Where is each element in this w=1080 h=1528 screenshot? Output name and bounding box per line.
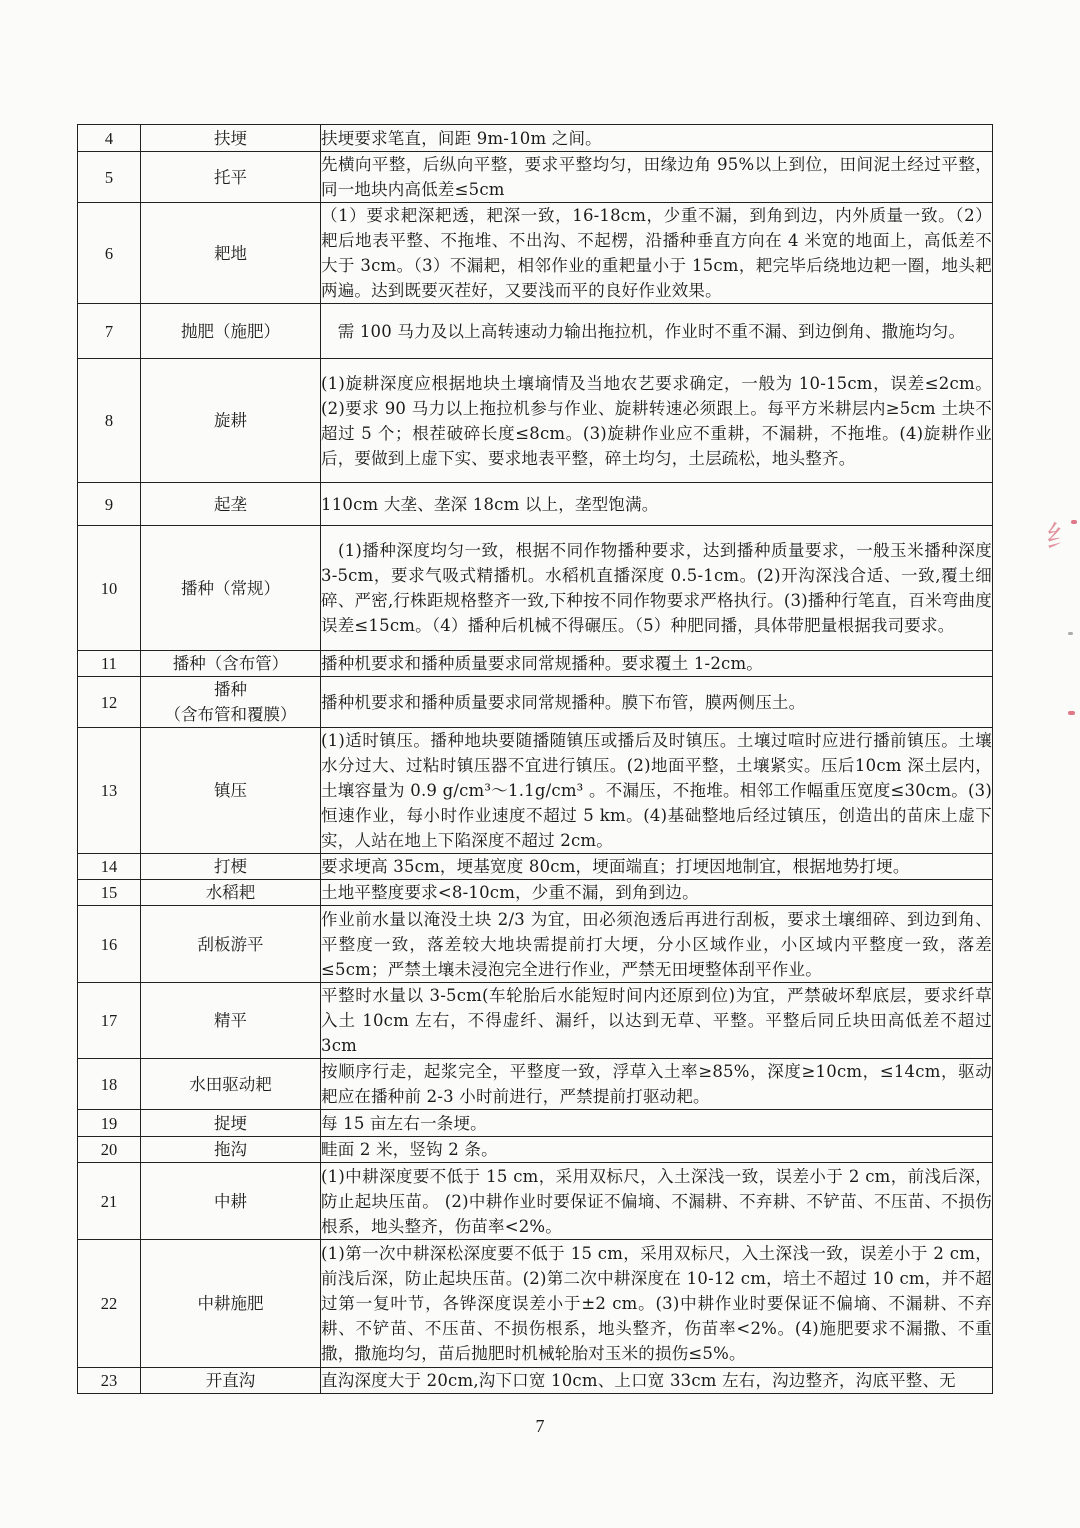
operation-requirements: (1)旋耕深度应根据地块土壤墒情及当地农艺要求确定，一般为 10-15cm，误差… [321, 359, 993, 483]
operation-name-line: 抛肥（施肥） [141, 319, 320, 344]
row-number: 12 [78, 677, 141, 728]
operation-name: 旋耕 [141, 359, 321, 483]
operation-name-line: 播种（常规） [141, 576, 320, 601]
operation-requirements: (1)第一次中耕深松深度要不低于 15 cm，采用双标尺，入土深浅一致，误差小于… [321, 1240, 993, 1368]
operation-name: 起垄 [141, 483, 321, 526]
row-number: 14 [78, 854, 141, 880]
table-row: 4扶埂扶埂要求笔直，间距 9m-10m 之间。 [78, 125, 993, 152]
operation-name: 扶埂 [141, 125, 321, 152]
operation-name: 播种（含布管和覆膜） [141, 677, 321, 728]
table-row: 21中耕(1)中耕深度要不低于 15 cm，采用双标尺，入土深浅一致，误差小于 … [78, 1163, 993, 1240]
operation-requirements: 先横向平整，后纵向平整，要求平整均匀，田缘边角 95%以上到位，田间泥土经过平整… [321, 152, 993, 203]
operation-name-line: （含布管和覆膜） [141, 702, 320, 727]
operation-name-line: 播种 [141, 677, 320, 702]
operation-name: 精平 [141, 983, 321, 1059]
operation-name-line: 旋耕 [141, 408, 320, 433]
operation-requirements: 每 15 亩左右一条埂。 [321, 1110, 993, 1137]
operation-requirements: 直沟深度大于 20cm,沟下口宽 10cm、上口宽 33cm 左右，沟边整齐，沟… [321, 1368, 993, 1394]
row-number: 21 [78, 1163, 141, 1240]
table-row: 14打梗要求埂高 35cm，埂基宽度 80cm，埂面端直；打埂因地制宜，根据地势… [78, 854, 993, 880]
table-row: 18水田驱动耙按顺序行走，起浆完全，平整度一致，浮草入土率≥85%，深度≥10c… [78, 1059, 993, 1110]
table-row: 6耙地（1）要求耙深耙透，耙深一致，16-18cm，少重不漏，到角到边，内外质量… [78, 203, 993, 304]
table-row: 13镇压(1)适时镇压。播种地块要随播随镇压或播后及时镇压。土壤过喧时应进行播前… [78, 728, 993, 854]
page-number: 7 [0, 1416, 1080, 1437]
operation-name: 耙地 [141, 203, 321, 304]
seal-stamp-fragment: 纟 [1046, 512, 1076, 556]
operation-requirements: (1)适时镇压。播种地块要随播随镇压或播后及时镇压。土壤过喧时应进行播前镇压。土… [321, 728, 993, 854]
operation-name: 播种（常规） [141, 526, 321, 651]
row-number: 4 [78, 125, 141, 152]
table-row: 10播种（常规） (1)播种深度均匀一致，根据不同作物播种要求，达到播种质量要求… [78, 526, 993, 651]
row-number: 7 [78, 304, 141, 359]
table-body: 4扶埂扶埂要求笔直，间距 9m-10m 之间。5托平先横向平整，后纵向平整，要求… [78, 125, 993, 1394]
row-number: 10 [78, 526, 141, 651]
table-row: 12播种（含布管和覆膜）播种机要求和播种质量要求同常规播种。膜下布管，膜两侧压土… [78, 677, 993, 728]
operation-requirements: 110cm 大垄、垄深 18cm 以上，垄型饱满。 [321, 483, 993, 526]
seal-stamp-mark [1068, 711, 1075, 715]
operation-name-line: 精平 [141, 1008, 320, 1033]
table-row: 17精平平整时水量以 3-5cm(车轮胎后水能短时间内还原到位)为宜，严禁破坏犁… [78, 983, 993, 1059]
operation-name-line: 水稻耙 [141, 880, 320, 905]
row-number: 16 [78, 906, 141, 983]
operation-name-line: 中耕 [141, 1189, 320, 1214]
table-row: 8旋耕(1)旋耕深度应根据地块土壤墒情及当地农艺要求确定，一般为 10-15cm… [78, 359, 993, 483]
operation-name-line: 拖沟 [141, 1137, 320, 1162]
operation-name-line: 打梗 [141, 854, 320, 879]
operation-name-line: 中耕施肥 [141, 1291, 320, 1316]
operation-requirements: 需 100 马力及以上高转速动力输出拖拉机，作业时不重不漏、到边倒角、撒施均匀。 [321, 304, 993, 359]
operation-name: 拖沟 [141, 1137, 321, 1163]
operation-name: 中耕施肥 [141, 1240, 321, 1368]
operation-name: 开直沟 [141, 1368, 321, 1394]
operation-standards-table: 4扶埂扶埂要求笔直，间距 9m-10m 之间。5托平先横向平整，后纵向平整，要求… [77, 124, 993, 1394]
operation-name-line: 播种（含布管） [141, 651, 320, 676]
operation-requirements: 土地平整度要求<8-10cm，少重不漏，到角到边。 [321, 880, 993, 906]
operation-requirements: （1）要求耙深耙透，耙深一致，16-18cm，少重不漏，到角到边，内外质量一致。… [321, 203, 993, 304]
table-row: 15水稻耙土地平整度要求<8-10cm，少重不漏，到角到边。 [78, 880, 993, 906]
operation-name: 水田驱动耙 [141, 1059, 321, 1110]
operation-name: 刮板游平 [141, 906, 321, 983]
operation-name: 托平 [141, 152, 321, 203]
operation-name: 抛肥（施肥） [141, 304, 321, 359]
table-row: 9起垄110cm 大垄、垄深 18cm 以上，垄型饱满。 [78, 483, 993, 526]
row-number: 20 [78, 1137, 141, 1163]
operation-name-line: 刮板游平 [141, 932, 320, 957]
operation-requirements: (1)中耕深度要不低于 15 cm，采用双标尺，入土深浅一致，误差小于 2 cm… [321, 1163, 993, 1240]
operation-name-line: 水田驱动耙 [141, 1072, 320, 1097]
document-page: 4扶埂扶埂要求笔直，间距 9m-10m 之间。5托平先横向平整，后纵向平整，要求… [0, 0, 1080, 1528]
operation-name: 播种（含布管） [141, 651, 321, 677]
table-row: 11播种（含布管）播种机要求和播种质量要求同常规播种。要求覆土 1-2cm。 [78, 651, 993, 677]
operation-requirements: 畦面 2 米，竖钩 2 条。 [321, 1137, 993, 1163]
table-row: 5托平先横向平整，后纵向平整，要求平整均匀，田缘边角 95%以上到位，田间泥土经… [78, 152, 993, 203]
table-row: 20拖沟畦面 2 米，竖钩 2 条。 [78, 1137, 993, 1163]
table-row: 7抛肥（施肥） 需 100 马力及以上高转速动力输出拖拉机，作业时不重不漏、到边… [78, 304, 993, 359]
operation-name-line: 捉埂 [141, 1111, 320, 1136]
row-number: 13 [78, 728, 141, 854]
operation-name: 中耕 [141, 1163, 321, 1240]
row-number: 5 [78, 152, 141, 203]
row-number: 18 [78, 1059, 141, 1110]
operation-requirements: 播种机要求和播种质量要求同常规播种。膜下布管，膜两侧压土。 [321, 677, 993, 728]
operation-name-line: 扶埂 [141, 126, 320, 151]
row-number: 23 [78, 1368, 141, 1394]
operation-requirements: (1)播种深度均匀一致，根据不同作物播种要求，达到播种质量要求，一般玉米播种深度… [321, 526, 993, 651]
row-number: 15 [78, 880, 141, 906]
table-row: 19捉埂每 15 亩左右一条埂。 [78, 1110, 993, 1137]
operation-name-line: 开直沟 [141, 1368, 320, 1393]
table-row: 23开直沟直沟深度大于 20cm,沟下口宽 10cm、上口宽 33cm 左右，沟… [78, 1368, 993, 1394]
operation-requirements: 作业前水量以淹没土块 2/3 为宜，田必须泡透后再进行刮板，要求土壤细碎、到边到… [321, 906, 993, 983]
operation-requirements: 播种机要求和播种质量要求同常规播种。要求覆土 1-2cm。 [321, 651, 993, 677]
operation-name: 打梗 [141, 854, 321, 880]
seal-stamp-mark [1071, 520, 1077, 524]
row-number: 19 [78, 1110, 141, 1137]
row-number: 22 [78, 1240, 141, 1368]
row-number: 8 [78, 359, 141, 483]
operation-name: 水稻耙 [141, 880, 321, 906]
operation-name: 捉埂 [141, 1110, 321, 1137]
row-number: 9 [78, 483, 141, 526]
operation-requirements: 扶埂要求笔直，间距 9m-10m 之间。 [321, 125, 993, 152]
table-row: 22中耕施肥(1)第一次中耕深松深度要不低于 15 cm，采用双标尺，入土深浅一… [78, 1240, 993, 1368]
row-number: 6 [78, 203, 141, 304]
operation-requirements: 按顺序行走，起浆完全，平整度一致，浮草入土率≥85%，深度≥10cm，≤14cm… [321, 1059, 993, 1110]
table-row: 16刮板游平作业前水量以淹没土块 2/3 为宜，田必须泡透后再进行刮板，要求土壤… [78, 906, 993, 983]
operation-name-line: 耙地 [141, 241, 320, 266]
operation-name-line: 托平 [141, 165, 320, 190]
operation-requirements: 平整时水量以 3-5cm(车轮胎后水能短时间内还原到位)为宜，严禁破坏犁底层，要… [321, 983, 993, 1059]
operation-name-line: 起垄 [141, 492, 320, 517]
seal-stamp-mark [1068, 632, 1073, 635]
operation-name-line: 镇压 [141, 778, 320, 803]
row-number: 11 [78, 651, 141, 677]
row-number: 17 [78, 983, 141, 1059]
operation-name: 镇压 [141, 728, 321, 854]
operation-requirements: 要求埂高 35cm，埂基宽度 80cm，埂面端直；打埂因地制宜，根据地势打埂。 [321, 854, 993, 880]
